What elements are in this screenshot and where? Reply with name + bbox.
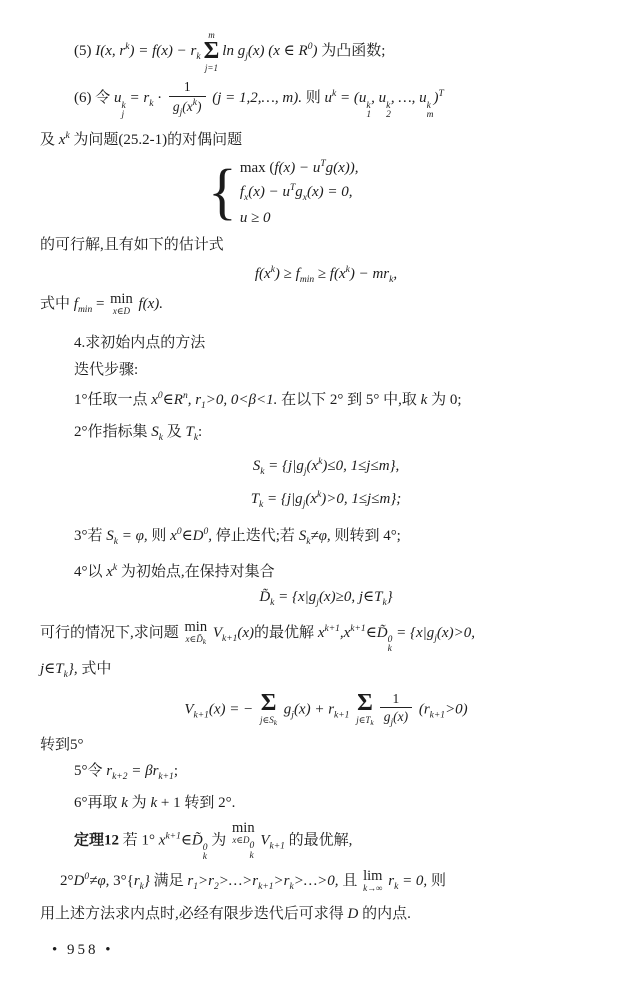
text-run: j∈T xyxy=(356,715,370,725)
system-rows: max (f(x) − uTg(x)),fx(x) − uTgx(x) = 0,… xyxy=(240,154,359,228)
text-run: 3°{ xyxy=(113,873,134,889)
feasible-condition: 可行的情况下,求问题 minx∈D̃k Vk+1(x)的最优解 xk+1,xk+… xyxy=(40,618,612,655)
document-body: (5) I(x, rk) = f(x) − rkmΣj=1ln gj(x) (x… xyxy=(0,0,640,926)
text-run: ln g xyxy=(222,43,245,59)
text-run: k+2 xyxy=(112,772,127,782)
v-formula: Vk+1(x) = − Σj∈Sk gj(x) + rk+1 Σj∈Tk1gj(… xyxy=(40,691,612,729)
text-run: x∈D̃ xyxy=(186,634,203,644)
text-run: (x) = − xyxy=(209,701,257,717)
text-run: ∈D̃ xyxy=(181,833,203,849)
feasible-note: 的可行解,且有如下的估计式 xyxy=(40,234,612,257)
formula-6: (6) 令 ukj = rk · 1gj(xk) (j = 1,2,…, m).… xyxy=(40,79,612,120)
text-run: 式中 xyxy=(81,661,111,677)
text-run: j∈T xyxy=(40,661,64,677)
text-run: f(x xyxy=(255,266,271,282)
text-run: ,x xyxy=(340,625,350,641)
text-run: (x) = 0, xyxy=(307,184,353,200)
text-run: , u xyxy=(371,91,386,107)
text-run: (x xyxy=(305,491,317,507)
subscript: 2 xyxy=(386,111,391,121)
text-run: 则 xyxy=(431,873,446,889)
subscript: k xyxy=(203,853,207,863)
text-run: k+1 xyxy=(193,710,208,720)
step-5: 5°令 rk+2 = βrk+1; xyxy=(40,760,612,789)
sum-lower-limit: j∈Sk xyxy=(260,715,277,728)
text-run: >r xyxy=(198,873,214,889)
text-run: D xyxy=(348,906,359,922)
system-row: fx(x) − uTgx(x) = 0, xyxy=(240,178,359,208)
text-run: 则转到 4°; xyxy=(334,528,400,544)
text-run: 用上述方法求内点时,必经有限步迭代后可求得 xyxy=(40,906,348,922)
jtk-continuation: j∈Tk}, 式中 xyxy=(40,658,612,687)
text-run: ; xyxy=(174,763,178,779)
operator-lower-limit: x∈D0k xyxy=(232,835,254,861)
text-run: = φ, xyxy=(118,528,151,544)
text-run: k+1 xyxy=(165,832,180,842)
text-run: ∈D xyxy=(182,528,204,544)
fmin-definition: 式中 fmin = minx∈D f(x). xyxy=(40,292,612,322)
limit-operator: limk→∞ xyxy=(363,869,382,894)
operator-name: min xyxy=(232,821,255,836)
text-run: } xyxy=(387,589,393,605)
text-run: 则 xyxy=(306,91,325,107)
limit-operator: minx∈D xyxy=(110,292,133,317)
theorem-12: 定理12 若 1° xk+1∈D̃0k 为 minx∈D0k Vk+1 的最优解… xyxy=(40,821,612,863)
text-run: k+1 xyxy=(350,624,365,634)
text-run: , …, u xyxy=(391,91,427,107)
scanned-page: (5) I(x, rk) = f(x) − rkmΣj=1ln gj(x) (x… xyxy=(0,0,640,988)
iteration-steps-label: 迭代步骤: xyxy=(40,359,612,382)
text-run: min xyxy=(78,305,92,315)
limit-operator: minx∈D0k xyxy=(232,821,255,862)
text-run: k xyxy=(196,52,200,62)
text-run: ) − mr xyxy=(350,266,389,282)
text-run: k+1 xyxy=(258,882,273,892)
text-run: u xyxy=(114,91,122,107)
text-run: 5°令 xyxy=(74,763,106,779)
text-run: u ≥ 0 xyxy=(240,210,271,226)
text-run: x∈D xyxy=(232,835,249,845)
subscript: j xyxy=(122,111,125,121)
text-run: ∈R xyxy=(163,392,183,408)
text-run: 若 1° xyxy=(119,833,159,849)
sigma-icon: Σ xyxy=(357,692,373,715)
text-run: (x) (x ∈ R xyxy=(248,43,308,59)
subscript: 1 xyxy=(366,111,371,121)
text-run: 2°作指标集 xyxy=(74,424,151,440)
text-run: (5) xyxy=(74,43,95,59)
text-run: 2° xyxy=(60,873,74,889)
subscript: k xyxy=(388,645,392,655)
text-run: }, xyxy=(68,661,82,677)
theorem-conditions: 2°D0≠φ, 3°{rk} 满足 r1>r2>…>rk+1>rk>…>0, 且… xyxy=(40,866,612,899)
text-run: (x xyxy=(182,99,193,114)
text-run: u xyxy=(324,91,332,107)
text-run: f(x) − u xyxy=(274,160,320,176)
fraction: 1gj(x) xyxy=(380,691,412,729)
text-run: 1°任取一点 xyxy=(74,392,151,408)
sum-lower-limit: j=1 xyxy=(205,63,218,73)
text-run: 为凸函数; xyxy=(321,43,385,59)
set-sk-formula: Sk = {j|gj(xk)≤0, 1≤j≤m}, xyxy=(40,451,612,484)
text-run: = {x|g xyxy=(392,625,434,641)
text-run: = r xyxy=(126,91,149,107)
operator-name: min xyxy=(185,620,208,635)
text-run: g xyxy=(295,184,303,200)
left-brace-icon: { xyxy=(208,162,237,219)
text-run: 的内点. xyxy=(358,906,411,922)
fraction-denominator: gj(x) xyxy=(380,707,412,729)
fraction-numerator: 1 xyxy=(180,79,195,96)
text-run: min xyxy=(300,275,314,285)
summation-operator: mΣj=1 xyxy=(204,30,220,73)
text-run xyxy=(349,701,353,717)
text-run: (x)>0, xyxy=(437,625,475,641)
text-run: k+1 xyxy=(222,634,237,644)
text-run: 则 xyxy=(151,528,170,544)
text-run: = βr xyxy=(127,763,158,779)
text-run: T xyxy=(439,90,444,100)
text-run: V xyxy=(209,625,222,641)
subscript: m xyxy=(427,111,434,121)
text-run: , xyxy=(208,528,216,544)
text-run: r xyxy=(385,873,395,889)
fraction-denominator: gj(xk) xyxy=(169,96,206,119)
text-run: 1 xyxy=(393,691,400,706)
summation-operator: Σj∈Sk xyxy=(260,692,277,727)
text-run: = {j|g xyxy=(263,491,302,507)
text-run: S xyxy=(106,528,114,544)
operator-name: lim xyxy=(363,869,382,884)
text-run: · xyxy=(153,91,166,107)
text-run: min xyxy=(232,820,255,836)
text-run: (r xyxy=(415,701,430,717)
text-run: 的可行解,且有如下的估计式 xyxy=(40,237,224,253)
text-run: 且 xyxy=(342,873,361,889)
text-run: ≥ f(x xyxy=(314,266,346,282)
text-run: 转到5° xyxy=(40,737,84,753)
limit-operator: minx∈D̃k xyxy=(185,620,208,647)
text-run: k xyxy=(203,637,206,646)
text-run: ) xyxy=(197,99,202,114)
text-run: x xyxy=(106,564,113,580)
text-run: ∈D̃ xyxy=(366,625,388,641)
step-3: 3°若 Sk = φ, 则 x0∈D0, 停止迭代;若 Sk≠φ, 则转到 4°… xyxy=(40,521,612,554)
text-run: k xyxy=(274,718,277,727)
operator-name: min xyxy=(110,292,133,307)
operator-lower-limit: k→∞ xyxy=(363,883,382,893)
estimate-formula: f(xk) ≥ fmin ≥ f(xk) − mrk, xyxy=(40,259,612,292)
text-run: k→∞ xyxy=(363,883,382,893)
text-run: g(x)), xyxy=(326,160,359,176)
text-run: k xyxy=(121,795,128,811)
text-run: k xyxy=(370,718,373,727)
text-run: T xyxy=(185,424,193,440)
text-run: V xyxy=(257,833,270,849)
sup-sub-stack: km xyxy=(427,102,434,121)
text-run: >r xyxy=(274,873,290,889)
text-run: S xyxy=(151,424,159,440)
text-run: k+1 xyxy=(334,710,349,720)
text-run: 的最优解 xyxy=(254,625,318,641)
text-run: (x) xyxy=(237,625,254,641)
text-run: j=1 xyxy=(205,63,218,73)
step-4: 4°以 xk 为初始点,在保持对集合 xyxy=(40,557,612,584)
text-run: min xyxy=(110,291,133,307)
dual-system: {max (f(x) − uTg(x)),fx(x) − uTgx(x) = 0… xyxy=(208,154,612,228)
text-run: >0) xyxy=(445,701,468,717)
text-run: + 1 转到 2°. xyxy=(157,795,235,811)
text-run: ≠φ, xyxy=(89,873,113,889)
text-run: (x)≥0, j∈T xyxy=(319,589,383,605)
text-run: = xyxy=(92,296,108,312)
fraction: 1gj(xk) xyxy=(169,79,206,118)
text-run: (x) xyxy=(393,709,408,724)
text-run: )≤0, 1≤j≤m}, xyxy=(322,458,399,474)
text-run: g xyxy=(173,99,180,114)
text-run: 及 xyxy=(40,132,59,148)
text-run: 为初始点,在保持对集合 xyxy=(117,564,275,580)
conclusion: 用上述方法求内点时,必经有限步迭代后可求得 D 的内点. xyxy=(40,903,612,926)
section-4-heading: 4.求初始内点的方法 xyxy=(40,332,612,355)
text-run: g xyxy=(280,701,291,717)
sup-sub-stack: 0k xyxy=(250,842,255,861)
text-run: , xyxy=(393,266,397,282)
text-run: 为问题(25.2-1)的对偶问题 xyxy=(70,132,243,148)
fraction-numerator: 1 xyxy=(389,691,404,708)
system-row: u ≥ 0 xyxy=(240,208,359,228)
text-run: D̃ xyxy=(259,589,270,605)
sigma-icon: Σ xyxy=(204,40,220,63)
text-run: 4.求初始内点的方法 xyxy=(74,335,205,351)
system-row: max (f(x) − uTg(x)), xyxy=(240,154,359,178)
text-run: max ( xyxy=(240,160,275,176)
text-run: 的最优解, xyxy=(285,833,353,849)
text-run: I(x, r xyxy=(95,43,125,59)
text-run: 及 xyxy=(163,424,186,440)
text-run: >…>0, xyxy=(294,873,343,889)
sum-lower-limit: j∈Tk xyxy=(356,715,374,728)
text-run: 3°若 xyxy=(74,528,106,544)
text-run: ) = f(x) − r xyxy=(129,43,196,59)
text-run: ) ≥ f xyxy=(275,266,300,282)
summation-operator: Σj∈Tk xyxy=(356,692,374,727)
text-run: D xyxy=(74,873,85,889)
step-1: 1°任取一点 x0∈Rn, r1>0, 0<β<1. 在以下 2° 到 5° 中… xyxy=(40,385,612,418)
text-run: : xyxy=(198,424,202,440)
text-run: k+1 xyxy=(324,624,339,634)
step-2: 2°作指标集 Sk 及 Tk: xyxy=(40,421,612,450)
text-run: (x xyxy=(306,458,318,474)
text-run: ) xyxy=(312,43,321,59)
text-run: = 0, xyxy=(398,873,431,889)
text-run: 4°以 xyxy=(74,564,106,580)
text-run: 迭代步骤: xyxy=(74,362,138,378)
text-run: T xyxy=(251,491,259,507)
text-run: lim xyxy=(363,868,382,884)
step-6: 6°再取 k 为 k + 1 转到 2°. xyxy=(40,792,612,815)
text-run: 6°再取 xyxy=(74,795,121,811)
set-tk-formula: Tk = {j|gj(xk)>0, 1≤j≤m}; xyxy=(40,484,612,517)
text-run: k+1 xyxy=(158,772,173,782)
operator-lower-limit: x∈D xyxy=(113,306,130,316)
dual-problem-intro: 及 xk 为问题(25.2-1)的对偶问题 xyxy=(40,125,612,152)
text-run: 为 0; xyxy=(427,392,461,408)
text-run: )>0, 1≤j≤m}; xyxy=(321,491,401,507)
text-run: 可行的情况下,求问题 xyxy=(40,625,183,641)
text-run: k+1 xyxy=(430,710,445,720)
operator-lower-limit: x∈D̃k xyxy=(186,634,207,647)
text-run: min xyxy=(185,619,208,635)
text-run: (x) + r xyxy=(294,701,334,717)
text-run: = {j|g xyxy=(264,458,303,474)
text-run: x xyxy=(151,392,158,408)
text-run: 停止迭代;若 xyxy=(216,528,299,544)
text-run: k+1 xyxy=(270,842,285,852)
text-run: >0, 0<β<1. xyxy=(206,392,281,408)
text-run: 定理12 xyxy=(74,833,119,849)
formula-5: (5) I(x, rk) = f(x) − rkmΣj=1ln gj(x) (x… xyxy=(40,30,612,73)
text-run: } xyxy=(144,873,154,889)
text-run: = (u xyxy=(336,91,366,107)
text-run: 1 xyxy=(184,79,191,94)
sigma-icon: Σ xyxy=(261,692,277,715)
text-run: ≠φ, xyxy=(310,528,334,544)
text-run: j∈S xyxy=(260,715,274,725)
page-number: • 958 • xyxy=(52,942,114,959)
text-run: (x) − u xyxy=(248,184,290,200)
text-run: x xyxy=(170,528,177,544)
text-run: (j = 1,2,…, m). xyxy=(209,91,306,107)
text-run: >…>r xyxy=(219,873,258,889)
text-run: (6) 令 xyxy=(74,91,114,107)
text-run: x∈D xyxy=(113,306,130,316)
subscript: k xyxy=(250,852,254,862)
goto-5: 转到5° xyxy=(40,734,612,757)
text-run: 式中 xyxy=(40,296,74,312)
text-run: f(x). xyxy=(135,296,163,312)
set-dk-formula: D̃k = {x|gj(x)≥0, j∈Tk} xyxy=(40,586,612,615)
text-run: 为 xyxy=(208,833,231,849)
text-run: = {x|g xyxy=(274,589,316,605)
text-run: 满足 xyxy=(154,873,188,889)
text-run: 为 xyxy=(128,795,151,811)
text-run: 在以下 2° 到 5° 中,取 xyxy=(281,392,421,408)
